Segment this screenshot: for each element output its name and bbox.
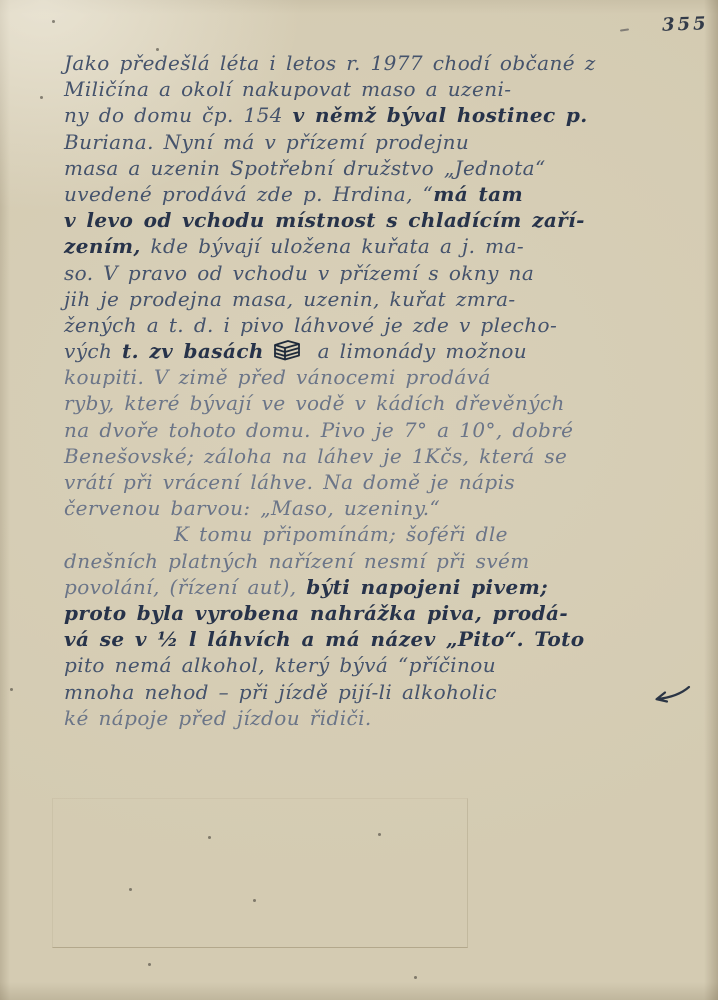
text-segment: vá se v ½ l láhvích a má název „Pito“. T… — [64, 627, 584, 651]
text-segment: na dvoře tohoto domu. Pivo je 7° a 10°, … — [64, 418, 573, 442]
text-segment: a limonády možnou — [308, 339, 527, 363]
handwritten-line: mnoha nehod – při jízdě pijí-li alkoholi… — [64, 679, 704, 705]
paper-speck — [40, 96, 43, 99]
handwritten-line: vrátí při vrácení láhve. Na domě je nápi… — [64, 469, 704, 495]
text-segment: Buriana. Nyní má v přízemí prodejnu — [64, 130, 469, 154]
text-segment: pito nemá alkohol, který bývá “příčinou — [64, 653, 496, 677]
page-number: 355 — [662, 13, 709, 36]
handwritten-line: dnešních platných nařízení nesmí při své… — [64, 548, 704, 574]
handwritten-line: vých t. zv basách a limonády možnou — [64, 338, 704, 364]
handwritten-line: proto byla vyrobena nahrážka piva, prodá… — [64, 600, 704, 626]
handwritten-line: povolání, (řízení aut), býti napojeni pi… — [64, 574, 704, 600]
paper-speck — [414, 976, 417, 979]
text-segment: Miličína a okolí nakupovat maso a uzeni- — [64, 77, 511, 101]
paper-speck — [129, 888, 132, 891]
text-segment: zením, — [64, 234, 141, 258]
text-segment: má tam — [433, 182, 523, 206]
text-segment: so. V pravo od vchodu v přízemí s okny n… — [64, 261, 534, 285]
text-segment: Jako předešlá léta i letos r. 1977 chodí… — [64, 51, 596, 75]
text-segment: jih je prodejna masa, uzenin, kuřat zmra… — [64, 287, 516, 311]
handwritten-line: K tomu připomínám; šoféři dle — [64, 521, 704, 547]
text-segment: povolání, (řízení aut), — [64, 575, 306, 599]
paper-speck — [10, 688, 13, 691]
text-segment: vrátí při vrácení láhve. Na domě je nápi… — [64, 470, 515, 494]
paper-speck — [378, 833, 381, 836]
handwritten-line: Benešovské; záloha na láhev je 1Kčs, kte… — [64, 443, 704, 469]
paper-speck — [148, 963, 151, 966]
text-segment: proto byla vyrobena nahrážka piva, prodá… — [64, 601, 568, 625]
handwritten-line: žených a t. d. i pivo láhvové je zde v p… — [64, 312, 704, 338]
text-segment: mnoha nehod – při jízdě pijí-li alkoholi… — [64, 680, 497, 704]
handwritten-line: pito nemá alkohol, který bývá “příčinou — [64, 652, 704, 678]
handwritten-line: masa a uzenin Spotřební družstvo „Jednot… — [64, 155, 704, 181]
handwritten-line: červenou barvou: „Maso, uzeniny.“ — [64, 495, 704, 521]
handwritten-line: jih je prodejna masa, uzenin, kuřat zmra… — [64, 286, 704, 312]
paper-speck — [156, 48, 159, 51]
text-segment: koupiti. V zimě před vánocemi prodává — [64, 365, 491, 389]
text-segment: kde bývají uložena kuřata a j. ma- — [141, 234, 524, 258]
text-segment: červenou barvou: „Maso, uzeniny.“ — [64, 496, 440, 520]
text-segment: t. zv basách — [122, 339, 264, 363]
text-segment: býti napojeni pivem; — [306, 575, 548, 599]
margin-dash — [620, 28, 629, 31]
text-segment: vých — [64, 339, 122, 363]
pressed-impression — [52, 798, 468, 948]
text-segment: ké nápoje před jízdou řidiči. — [64, 706, 372, 730]
handwritten-line: ny do domu čp. 154 v němž býval hostinec… — [64, 102, 704, 128]
checkmark-icon — [650, 682, 692, 712]
handwritten-line: v levo od vchodu místnost s chladícím za… — [64, 207, 704, 233]
text-segment: ny do domu čp. 154 — [64, 103, 293, 127]
handwritten-line: koupiti. V zimě před vánocemi prodává — [64, 364, 704, 390]
handwritten-line: ké nápoje před jízdou řidiči. — [64, 705, 704, 731]
handwritten-line: Jako předešlá léta i letos r. 1977 chodí… — [64, 50, 704, 76]
text-segment: v levo od vchodu místnost s chladícím za… — [64, 208, 585, 232]
text-segment: K tomu připomínám; šoféři dle — [174, 522, 508, 546]
text-segment: ryby, které bývají ve vodě v kádích dřev… — [64, 391, 565, 415]
text-segment: masa a uzenin Spotřební družstvo „Jednot… — [64, 156, 546, 180]
text-segment: Benešovské; záloha na láhev je 1Kčs, kte… — [64, 444, 567, 468]
text-segment: uvedené prodává zde p. Hrdina, “ — [64, 182, 433, 206]
handwritten-line: Buriana. Nyní má v přízemí prodejnu — [64, 129, 704, 155]
handwritten-line: uvedené prodává zde p. Hrdina, “má tam — [64, 181, 704, 207]
handwritten-line: so. V pravo od vchodu v přízemí s okny n… — [64, 260, 704, 286]
handwritten-line: Miličína a okolí nakupovat maso a uzeni- — [64, 76, 704, 102]
paper-speck — [52, 20, 55, 23]
manuscript: Jako předešlá léta i letos r. 1977 chodí… — [64, 50, 704, 731]
handwritten-line: vá se v ½ l láhvích a má název „Pito“. T… — [64, 626, 704, 652]
text-segment: dnešních platných nařízení nesmí při své… — [64, 549, 530, 573]
paper-speck — [253, 899, 256, 902]
handwritten-line: ryby, které bývají ve vodě v kádích dřev… — [64, 390, 704, 416]
handwritten-line: zením, kde bývají uložena kuřata a j. ma… — [64, 233, 704, 259]
handwritten-line: na dvoře tohoto domu. Pivo je 7° a 10°, … — [64, 417, 704, 443]
text-segment: žených a t. d. i pivo láhvové je zde v p… — [64, 313, 557, 337]
text-segment: v němž býval hostinec p. — [293, 103, 588, 127]
paper-speck — [208, 836, 211, 839]
